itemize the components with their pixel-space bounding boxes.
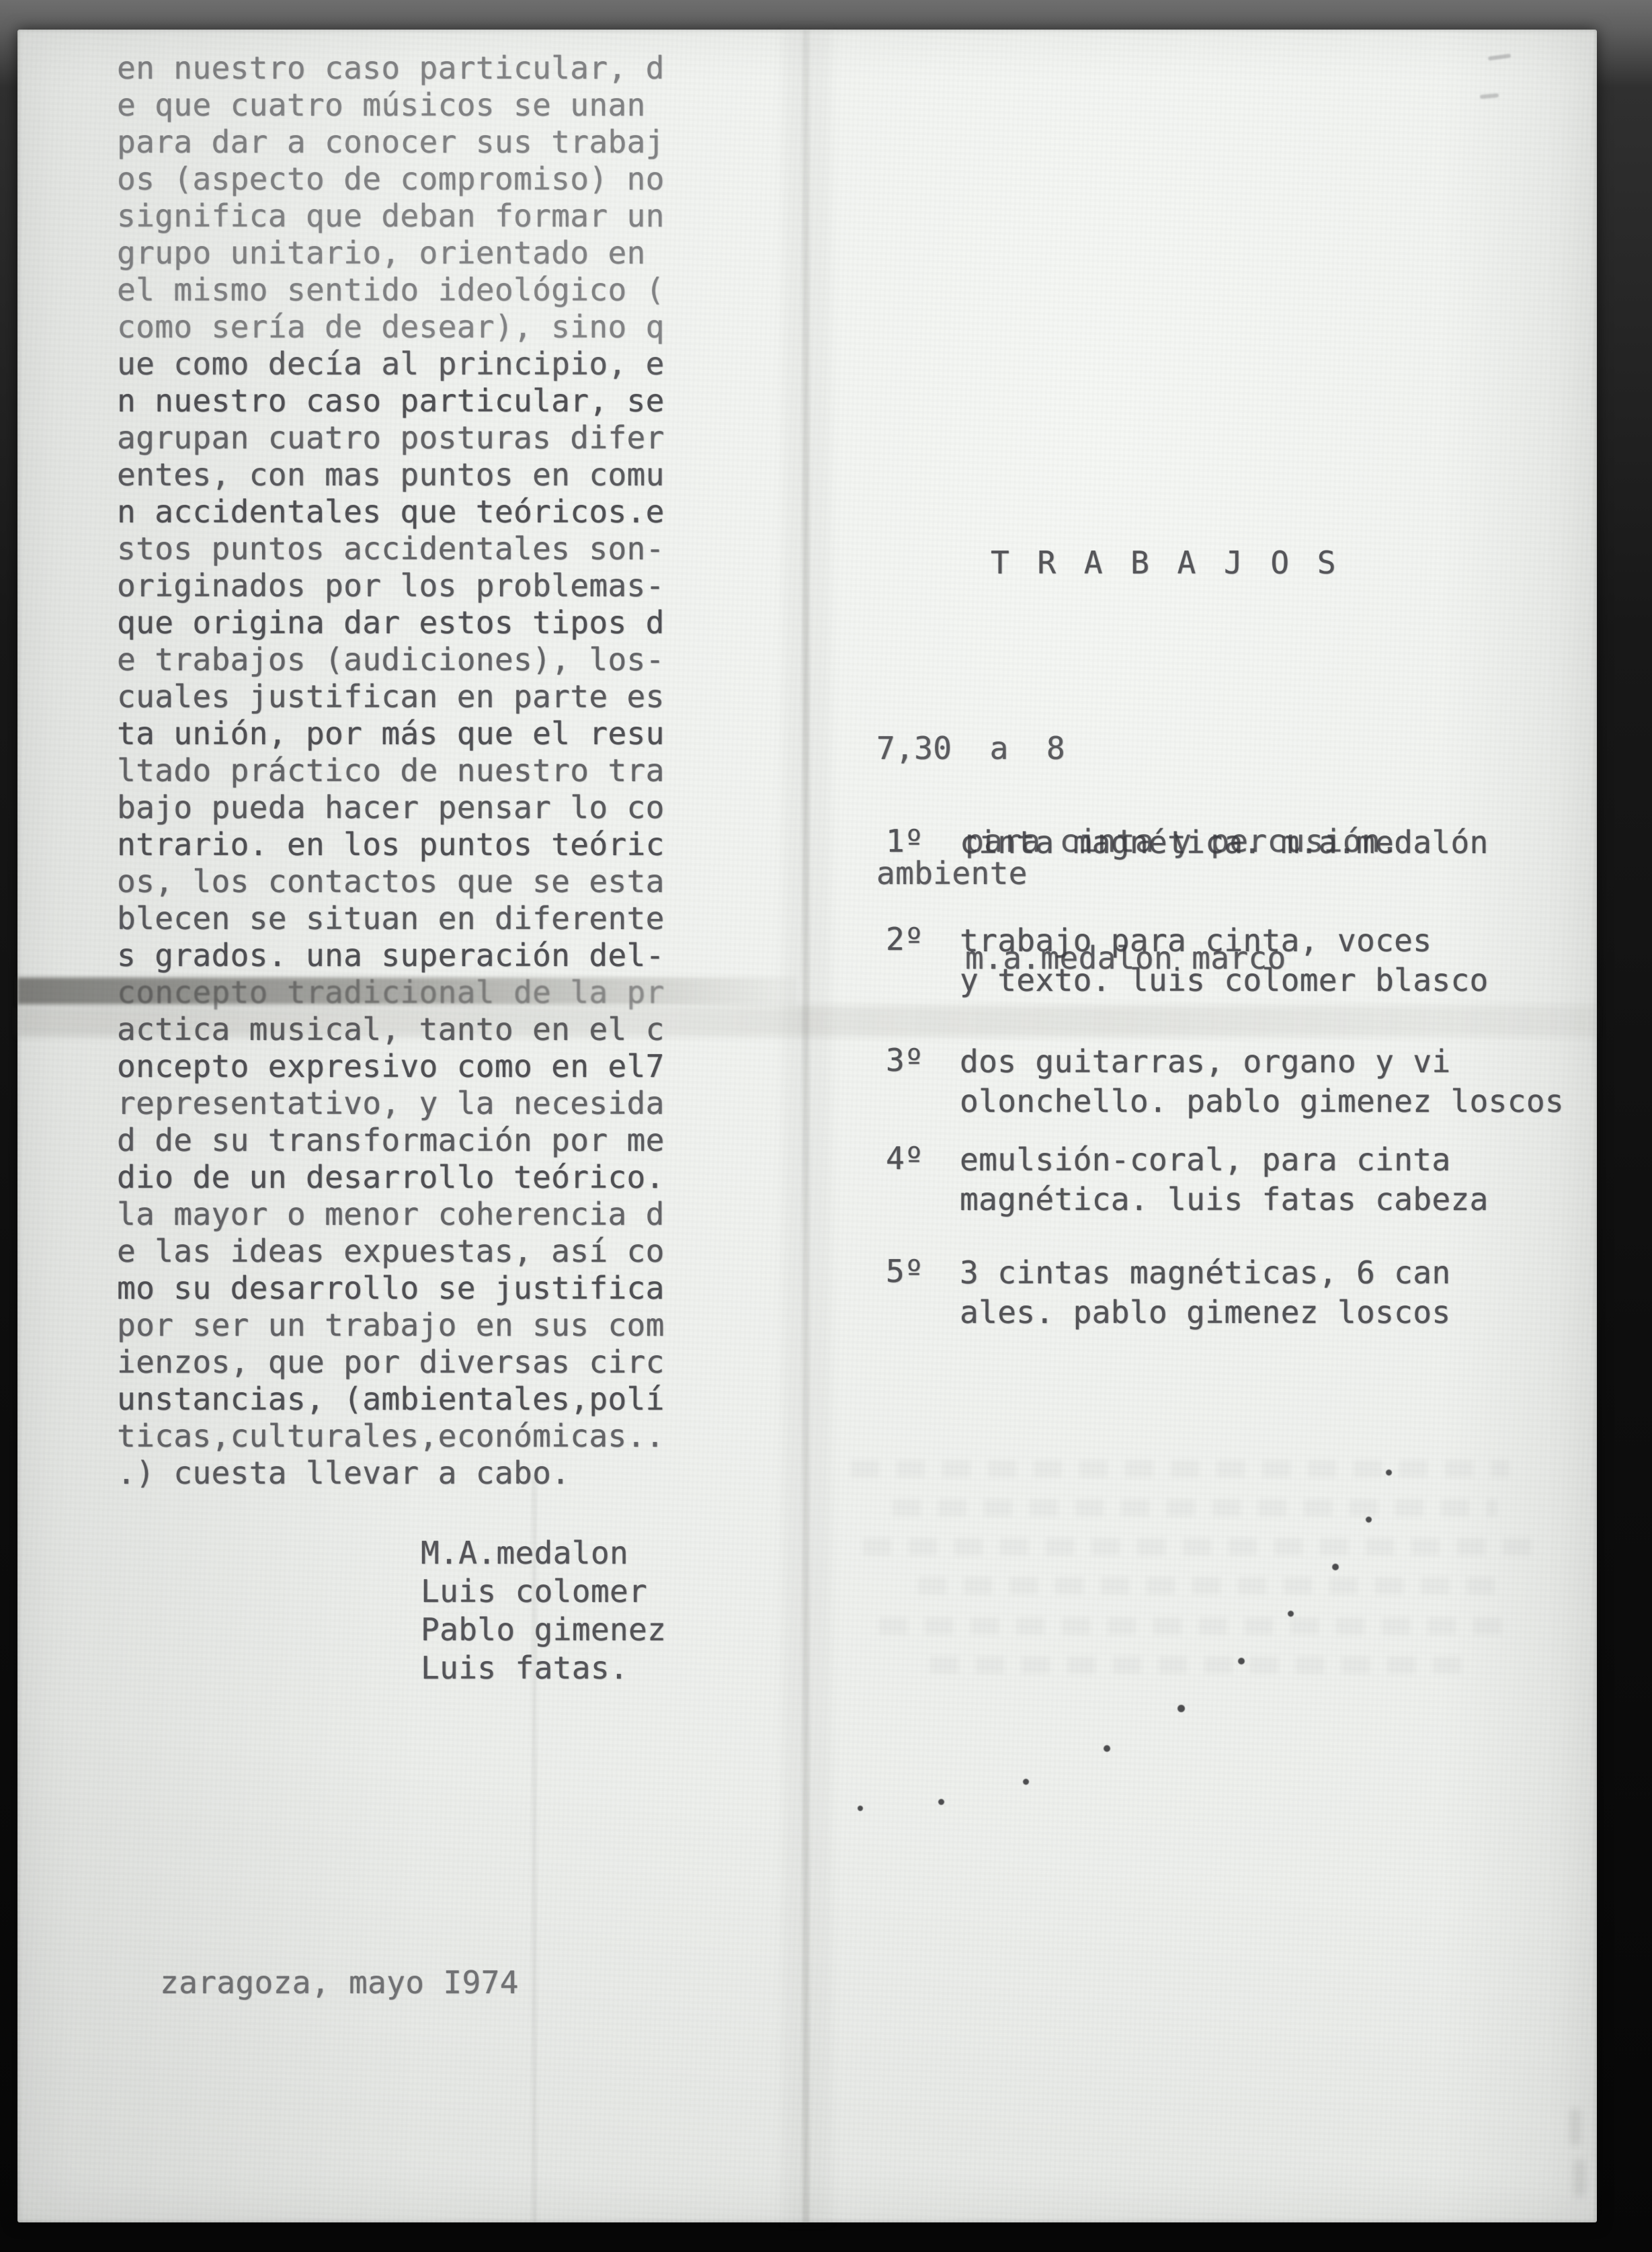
work-item-text: emulsión-coral, para cintamagnética. lui… xyxy=(960,1140,1489,1219)
typed-line: n nuestro caso particular, se xyxy=(117,383,665,419)
signature-line: Luis fatas. xyxy=(421,1649,666,1687)
work-item: 2ºtrabajo para cinta, vocesy texto. luis… xyxy=(886,921,1625,1008)
typed-line: ntrario. en los puntos teóric xyxy=(117,826,665,863)
ink-dot xyxy=(938,1799,944,1805)
typed-line: ta unión, por más que el resu xyxy=(117,715,665,752)
typed-line: stos puntos accidentales son- xyxy=(117,530,665,567)
typed-line: mo su desarrollo se justifica xyxy=(117,1270,665,1307)
typed-line: como sería de desear), sino q xyxy=(117,309,665,346)
typed-line: el mismo sentido ideológico ( xyxy=(117,272,665,309)
margin-smear xyxy=(1570,2108,1581,2146)
typed-line: ienzos, que por diversas circ xyxy=(117,1344,665,1381)
work-item-text: 3 cintas magnéticas, 6 canales. pablo gi… xyxy=(960,1253,1450,1332)
typed-line: n accidentales que teóricos.e xyxy=(117,493,665,530)
section-heading-trabajos: T R A B A J O S xyxy=(991,545,1340,581)
typed-line: para dar a conocer sus trabaj xyxy=(117,124,665,161)
signature-line: Pablo gimenez xyxy=(421,1611,666,1649)
typed-line: e las ideas expuestas, así co xyxy=(117,1233,665,1270)
ink-dot xyxy=(1178,1705,1185,1712)
typed-line: dos guitarras, organo y vi xyxy=(960,1042,1564,1082)
typed-line: y texto. luis colomer blasco xyxy=(960,961,1489,1000)
typed-line: entes, con mas puntos en comu xyxy=(117,456,665,493)
place-date-line: zaragoza, mayo I974 xyxy=(160,1964,519,2001)
typed-line: oncepto expresivo como en el7 xyxy=(117,1048,665,1085)
typed-line: s grados. una superación del- xyxy=(117,937,665,974)
typed-line: representativo, y la necesida xyxy=(117,1085,665,1122)
left-text-column: en nuestro caso particular, de que cuatr… xyxy=(117,50,665,1492)
signature-block: M.A.medalonLuis colomerPablo gimenezLuis… xyxy=(421,1534,666,1687)
typed-line: por ser un trabajo en sus com xyxy=(117,1307,665,1344)
margin-smear xyxy=(1574,2159,1585,2197)
typed-line: la mayor o menor coherencia d xyxy=(117,1196,665,1233)
typed-line: ltado práctico de nuestro tra xyxy=(117,752,665,789)
ink-dot xyxy=(1332,1564,1339,1570)
work-item-text: dos guitarras, organo y violonchello. pa… xyxy=(960,1042,1564,1121)
typed-line: significa que deban formar un xyxy=(117,198,665,235)
ink-dot xyxy=(1104,1745,1110,1752)
typed-line: unstancias, (ambientales,polí xyxy=(117,1381,665,1418)
signature-line: Luis colomer xyxy=(421,1572,666,1611)
typed-line: emulsión-coral, para cinta xyxy=(960,1140,1489,1180)
work-item-number: 1º xyxy=(886,823,923,860)
typed-line: cuales justifican en parte es xyxy=(117,678,665,715)
typed-line: originados por los problemas- xyxy=(117,567,665,604)
typed-line: e que cuatro músicos se unan xyxy=(117,87,665,124)
typed-line: trabajo para cinta, voces xyxy=(960,921,1489,961)
typed-line: en nuestro caso particular, d xyxy=(117,50,665,87)
ink-dot xyxy=(1238,1658,1245,1664)
typed-line: ales. pablo gimenez loscos xyxy=(960,1293,1450,1332)
secondary-vertical-crease xyxy=(532,1475,536,2222)
work-item: 4ºemulsión-coral, para cintamagnética. l… xyxy=(886,1140,1625,1228)
typed-line: ue como decía al principio, e xyxy=(117,346,665,383)
typed-line: ticas,culturales,económicas.. xyxy=(117,1418,665,1455)
typed-line: agrupan cuatro posturas difer xyxy=(117,419,665,456)
vertical-fold-crease xyxy=(802,30,809,2222)
work-item-number: 2º xyxy=(886,921,923,958)
typed-line: magnética. luis fatas cabeza xyxy=(960,1180,1489,1219)
typed-line: cinta magnética. m.a.medalón xyxy=(960,823,1489,862)
signature-line: M.A.medalon xyxy=(421,1534,666,1572)
ink-dot xyxy=(1386,1470,1392,1476)
work-item-text: trabajo para cinta, vocesy texto. luis c… xyxy=(960,921,1489,1000)
work-item-text: cinta magnética. m.a.medalón xyxy=(960,823,1489,862)
typed-line: dio de un desarrollo teórico. xyxy=(117,1159,665,1196)
scanned-page: en nuestro caso particular, de que cuatr… xyxy=(17,30,1597,2222)
scanner-background: { "document": { "kind": "scanned typewri… xyxy=(0,0,1652,2252)
ink-dot xyxy=(1288,1611,1294,1617)
typed-line: os, los contactos que se esta xyxy=(117,863,665,900)
typed-line: e trabajos (audiciones), los- xyxy=(117,641,665,678)
typed-line: bajo pueda hacer pensar lo co xyxy=(117,789,665,826)
ink-dot xyxy=(1023,1779,1029,1785)
typed-line: grupo unitario, orientado en xyxy=(117,235,665,272)
horizontal-fold-crease-dark xyxy=(17,977,797,1004)
work-item: 5º3 cintas magnéticas, 6 canales. pablo … xyxy=(886,1253,1625,1340)
work-item-number: 3º xyxy=(886,1042,923,1079)
work-item-number: 5º xyxy=(886,1253,923,1290)
typed-line: d de su transformación por me xyxy=(117,1122,665,1159)
ink-dot xyxy=(858,1806,863,1811)
typed-line: que origina dar estos tipos d xyxy=(117,604,665,641)
typed-line: os (aspecto de compromiso) no xyxy=(117,161,665,198)
work-item: 1ºcinta magnética. m.a.medalón xyxy=(886,823,1625,910)
typed-line: blecen se situan en diferente xyxy=(117,900,665,937)
typed-line: .) cuesta llevar a cabo. xyxy=(117,1455,665,1492)
typed-line: olonchello. pablo gimenez loscos xyxy=(960,1082,1564,1121)
typed-line: 3 cintas magnéticas, 6 can xyxy=(960,1253,1450,1293)
work-item: 3ºdos guitarras, organo y violonchello. … xyxy=(886,1042,1625,1129)
work-item-number: 4º xyxy=(886,1140,923,1177)
ink-dot xyxy=(1366,1517,1372,1523)
